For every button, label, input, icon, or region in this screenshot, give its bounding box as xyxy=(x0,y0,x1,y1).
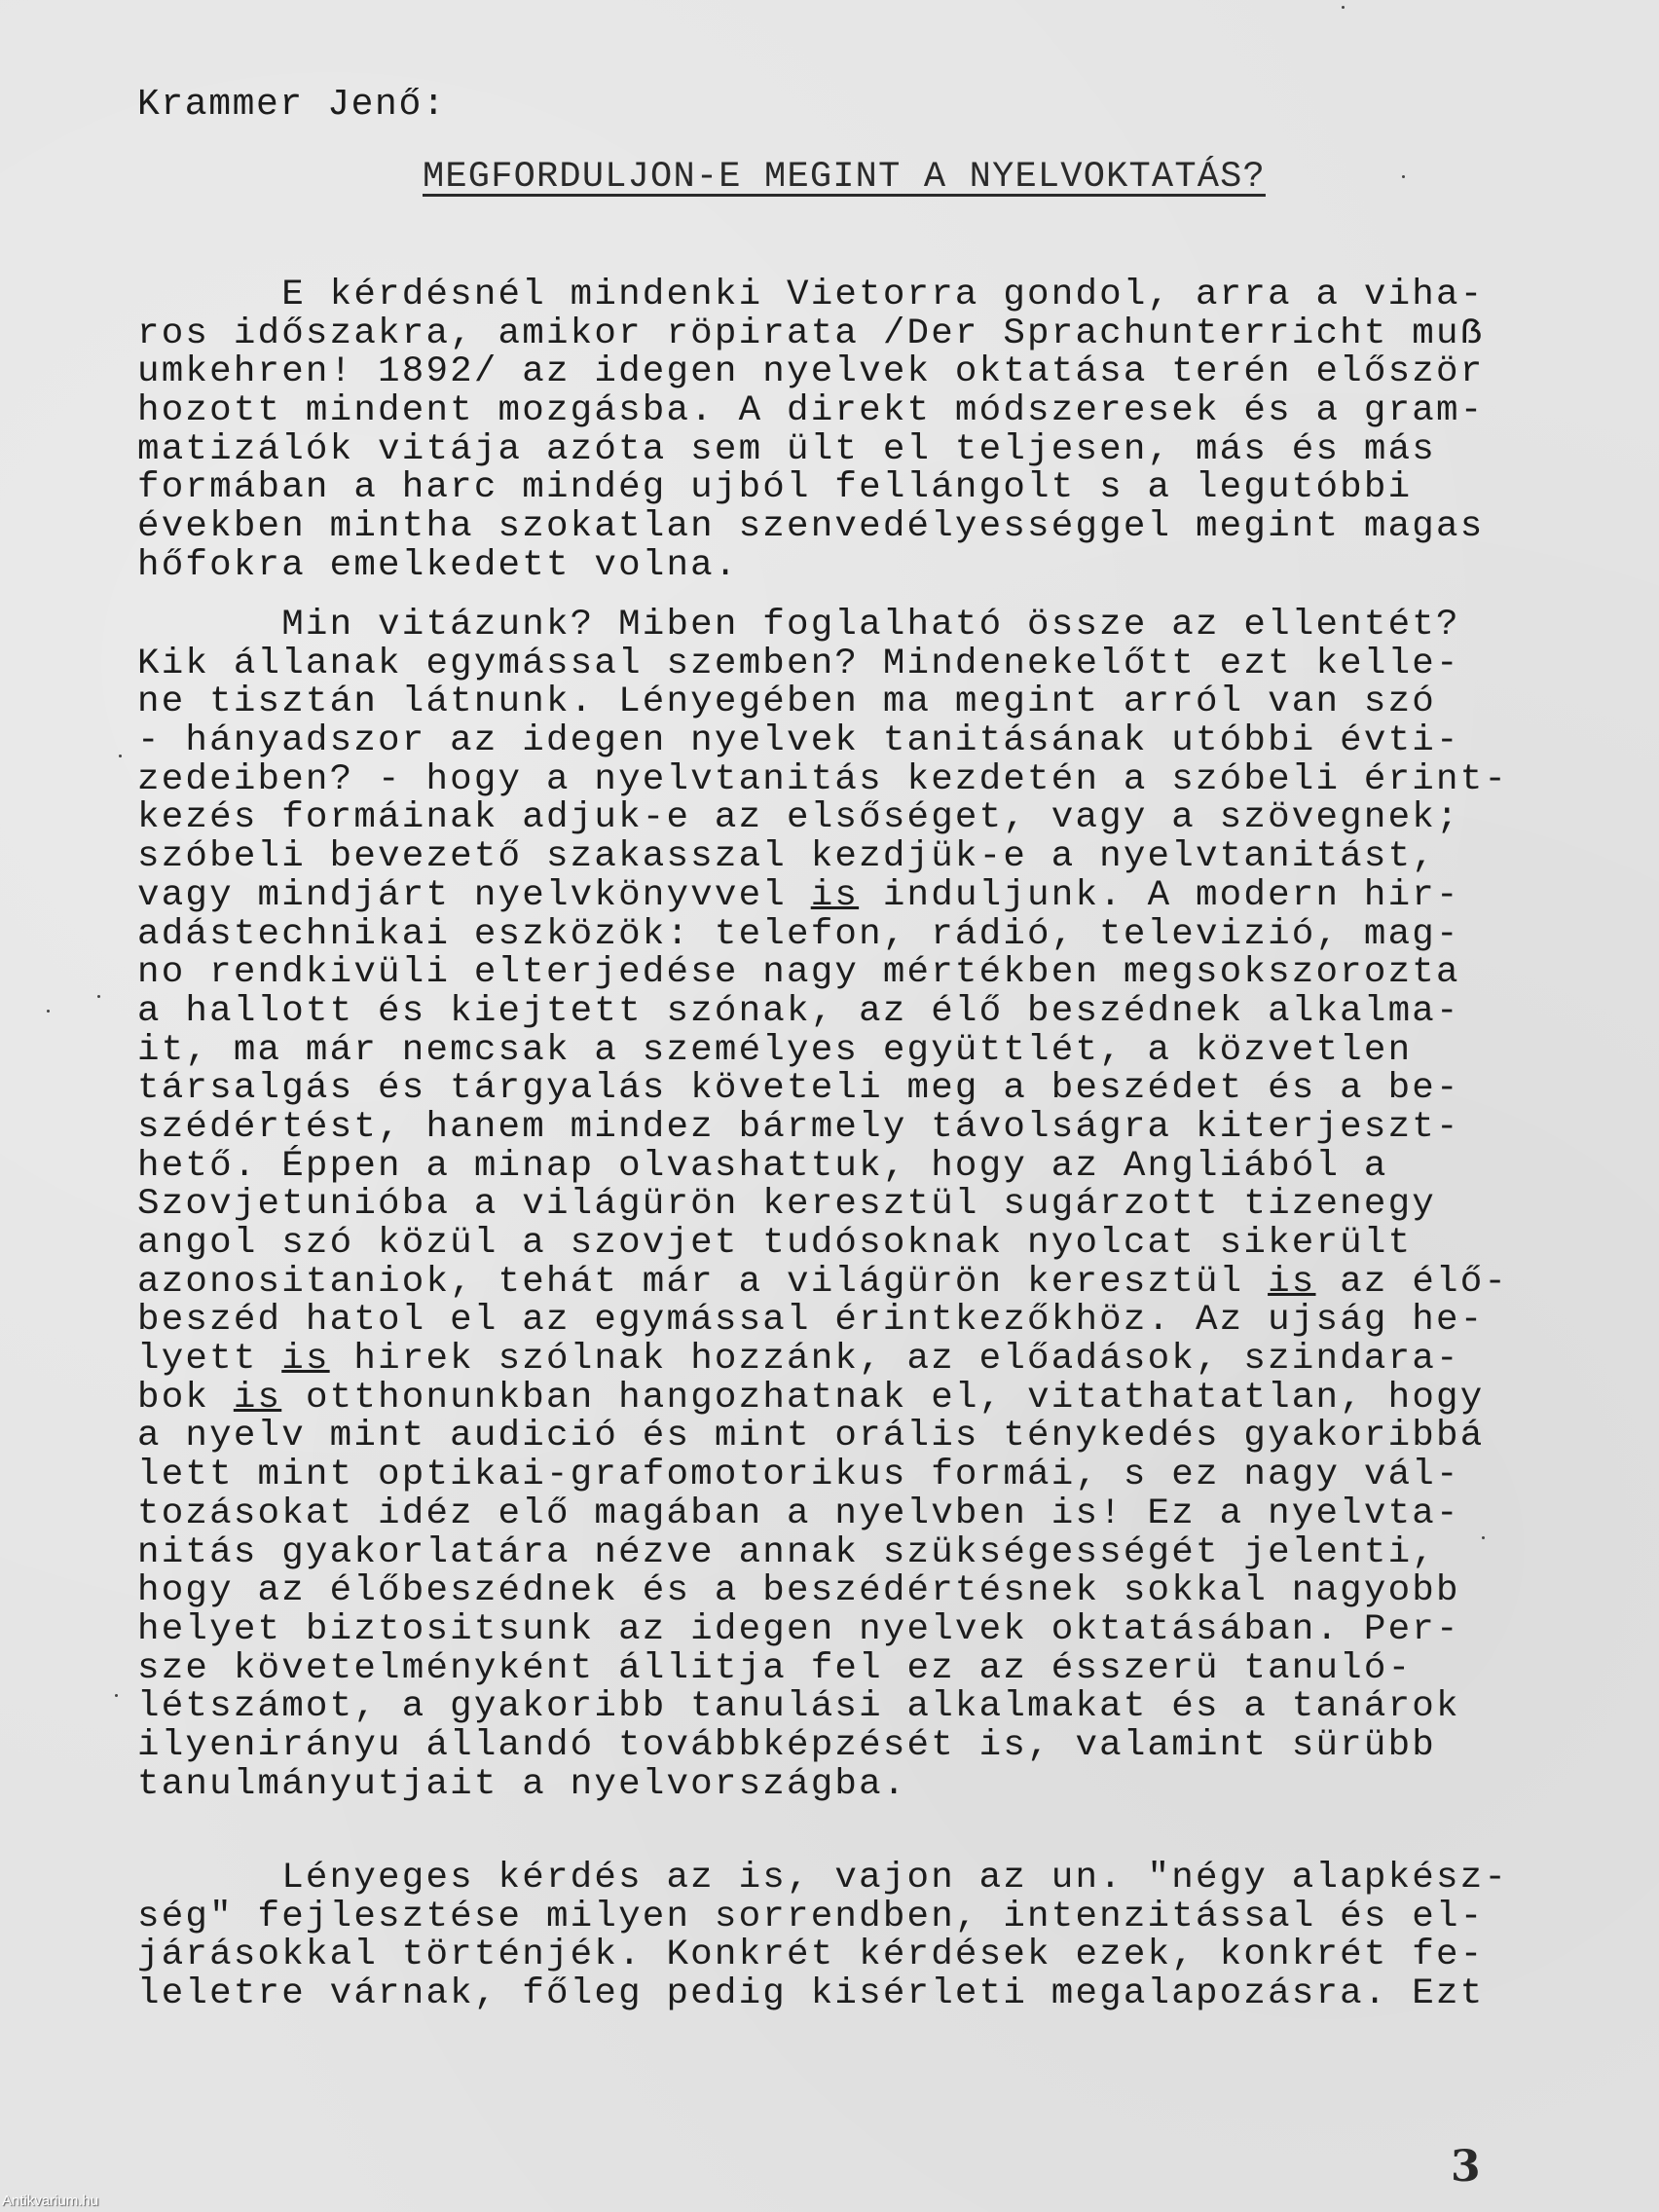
text-line: angol szó közül a szovjet tudósoknak nyo… xyxy=(137,1225,1539,1264)
text-line: a hallott és kiejtett szónak, az élő bes… xyxy=(137,993,1539,1032)
text-line: lyett is hirek szólnak hozzánk, az előad… xyxy=(137,1341,1539,1380)
text-line: hető. Éppen a minap olvashattuk, hogy az… xyxy=(137,1148,1539,1187)
text-line: matizálók vitája azóta sem ült el teljes… xyxy=(137,431,1539,470)
text-line: lett mint optikai-grafomotorikus formái,… xyxy=(137,1456,1539,1495)
text-line: formában a harc mindég ujból fellángolt … xyxy=(137,469,1539,508)
text-line: helyet biztositsunk az idegen nyelvek ok… xyxy=(137,1611,1539,1650)
text-line: Szovjetunióba a világürön keresztül sugá… xyxy=(137,1186,1539,1225)
text-line: szédértést, hanem mindez bármely távolsá… xyxy=(137,1109,1539,1148)
text-line: ros időszakra, amikor röpirata /Der Spra… xyxy=(137,315,1539,354)
text-line: umkehren! 1892/ az idegen nyelvek oktatá… xyxy=(137,353,1539,392)
document-page: Krammer Jenő: MEGFORDULJON-E MEGINT A NY… xyxy=(0,0,1659,2212)
dust-speck xyxy=(115,1694,118,1697)
text-line: hogy az élőbeszédnek és a beszédértésnek… xyxy=(137,1572,1539,1611)
text-line: E kérdésnél mindenki Vietorra gondol, ar… xyxy=(137,276,1539,315)
text-line: nitás gyakorlatára nézve annak szükséges… xyxy=(137,1534,1539,1573)
text-line: ség" fejlesztése milyen sorrendben, inte… xyxy=(137,1899,1539,1937)
page-number: 3 xyxy=(1451,2142,1481,2192)
dust-speck xyxy=(1342,6,1345,9)
text-line: vagy mindjárt nyelvkönyvvel is induljunk… xyxy=(137,877,1539,916)
dust-speck xyxy=(97,995,100,998)
text-line: létszámot, a gyakoribb tanulási alkalmak… xyxy=(137,1688,1539,1727)
watermark: Antikvarium.hu xyxy=(2,2193,98,2209)
underlined-word: is xyxy=(281,1339,329,1380)
text-line: Lényeges kérdés az is, vajon az un. "nég… xyxy=(137,1860,1539,1899)
underlined-word: is xyxy=(811,875,859,916)
text-line: a nyelv mint audició és mint orális tény… xyxy=(137,1418,1539,1456)
text-line: Kik állanak egymással szemben? Mindeneke… xyxy=(137,645,1539,684)
text-line: azonositaniok, tehát már a világürön ker… xyxy=(137,1264,1539,1303)
text-line: ne tisztán látnunk. Lényegében ma megint… xyxy=(137,683,1539,722)
paragraph-3: Lényeges kérdés az is, vajon az un. "nég… xyxy=(137,1860,1539,2014)
author-name: Krammer Jenő: xyxy=(137,86,446,125)
dust-speck xyxy=(1482,1536,1485,1539)
text-line: beszéd hatol el az egymással érintkezőkh… xyxy=(137,1302,1539,1341)
text-line: években mintha szokatlan szenvedélyesség… xyxy=(137,508,1539,547)
text-line: leletre várnak, főleg pedig kisérleti me… xyxy=(137,1975,1539,2014)
text-line: tozásokat idéz elő magában a nyelvben is… xyxy=(137,1495,1539,1534)
dust-speck xyxy=(47,1010,50,1013)
paragraph-2: Min vitázunk? Miben foglalható össze az … xyxy=(137,607,1539,1804)
text-line: társalgás és tárgyalás követeli meg a be… xyxy=(137,1070,1539,1109)
text-line: bok is otthonunkban hangozhatnak el, vit… xyxy=(137,1380,1539,1419)
text-line: sze követelményként állitja fel ez az és… xyxy=(137,1650,1539,1689)
text-line: zedeiben? - hogy a nyelvtanitás kezdetén… xyxy=(137,761,1539,800)
text-line: ilyenirányu állandó továbbképzését is, v… xyxy=(137,1727,1539,1766)
dust-speck xyxy=(119,755,122,757)
paragraph-1: E kérdésnél mindenki Vietorra gondol, ar… xyxy=(137,276,1539,586)
text-line: hozott mindent mozgásba. A direkt módsze… xyxy=(137,392,1539,431)
text-line: Min vitázunk? Miben foglalható össze az … xyxy=(137,607,1539,645)
text-line: tanulmányutjait a nyelvországba. xyxy=(137,1766,1539,1805)
article-title: MEGFORDULJON-E MEGINT A NYELVOKTATÁS? xyxy=(423,158,1266,197)
text-line: járásokkal történjék. Konkrét kérdések e… xyxy=(137,1936,1539,1975)
text-line: szóbeli bevezető szakasszal kezdjük-e a … xyxy=(137,838,1539,877)
text-line: - hányadszor az idegen nyelvek tanitásán… xyxy=(137,722,1539,761)
text-line: adástechnikai eszközök: telefon, rádió, … xyxy=(137,916,1539,955)
text-line: no rendkivüli elterjedése nagy mértékben… xyxy=(137,954,1539,993)
text-line: kezés formáinak adjuk-e az elsőséget, va… xyxy=(137,799,1539,838)
underlined-word: is xyxy=(1268,1262,1315,1303)
underlined-word: is xyxy=(234,1378,281,1419)
dust-speck xyxy=(1402,175,1405,178)
text-line: hőfokra emelkedett volna. xyxy=(137,547,1539,586)
text-line: it, ma már nemcsak a személyes együttlét… xyxy=(137,1032,1539,1071)
